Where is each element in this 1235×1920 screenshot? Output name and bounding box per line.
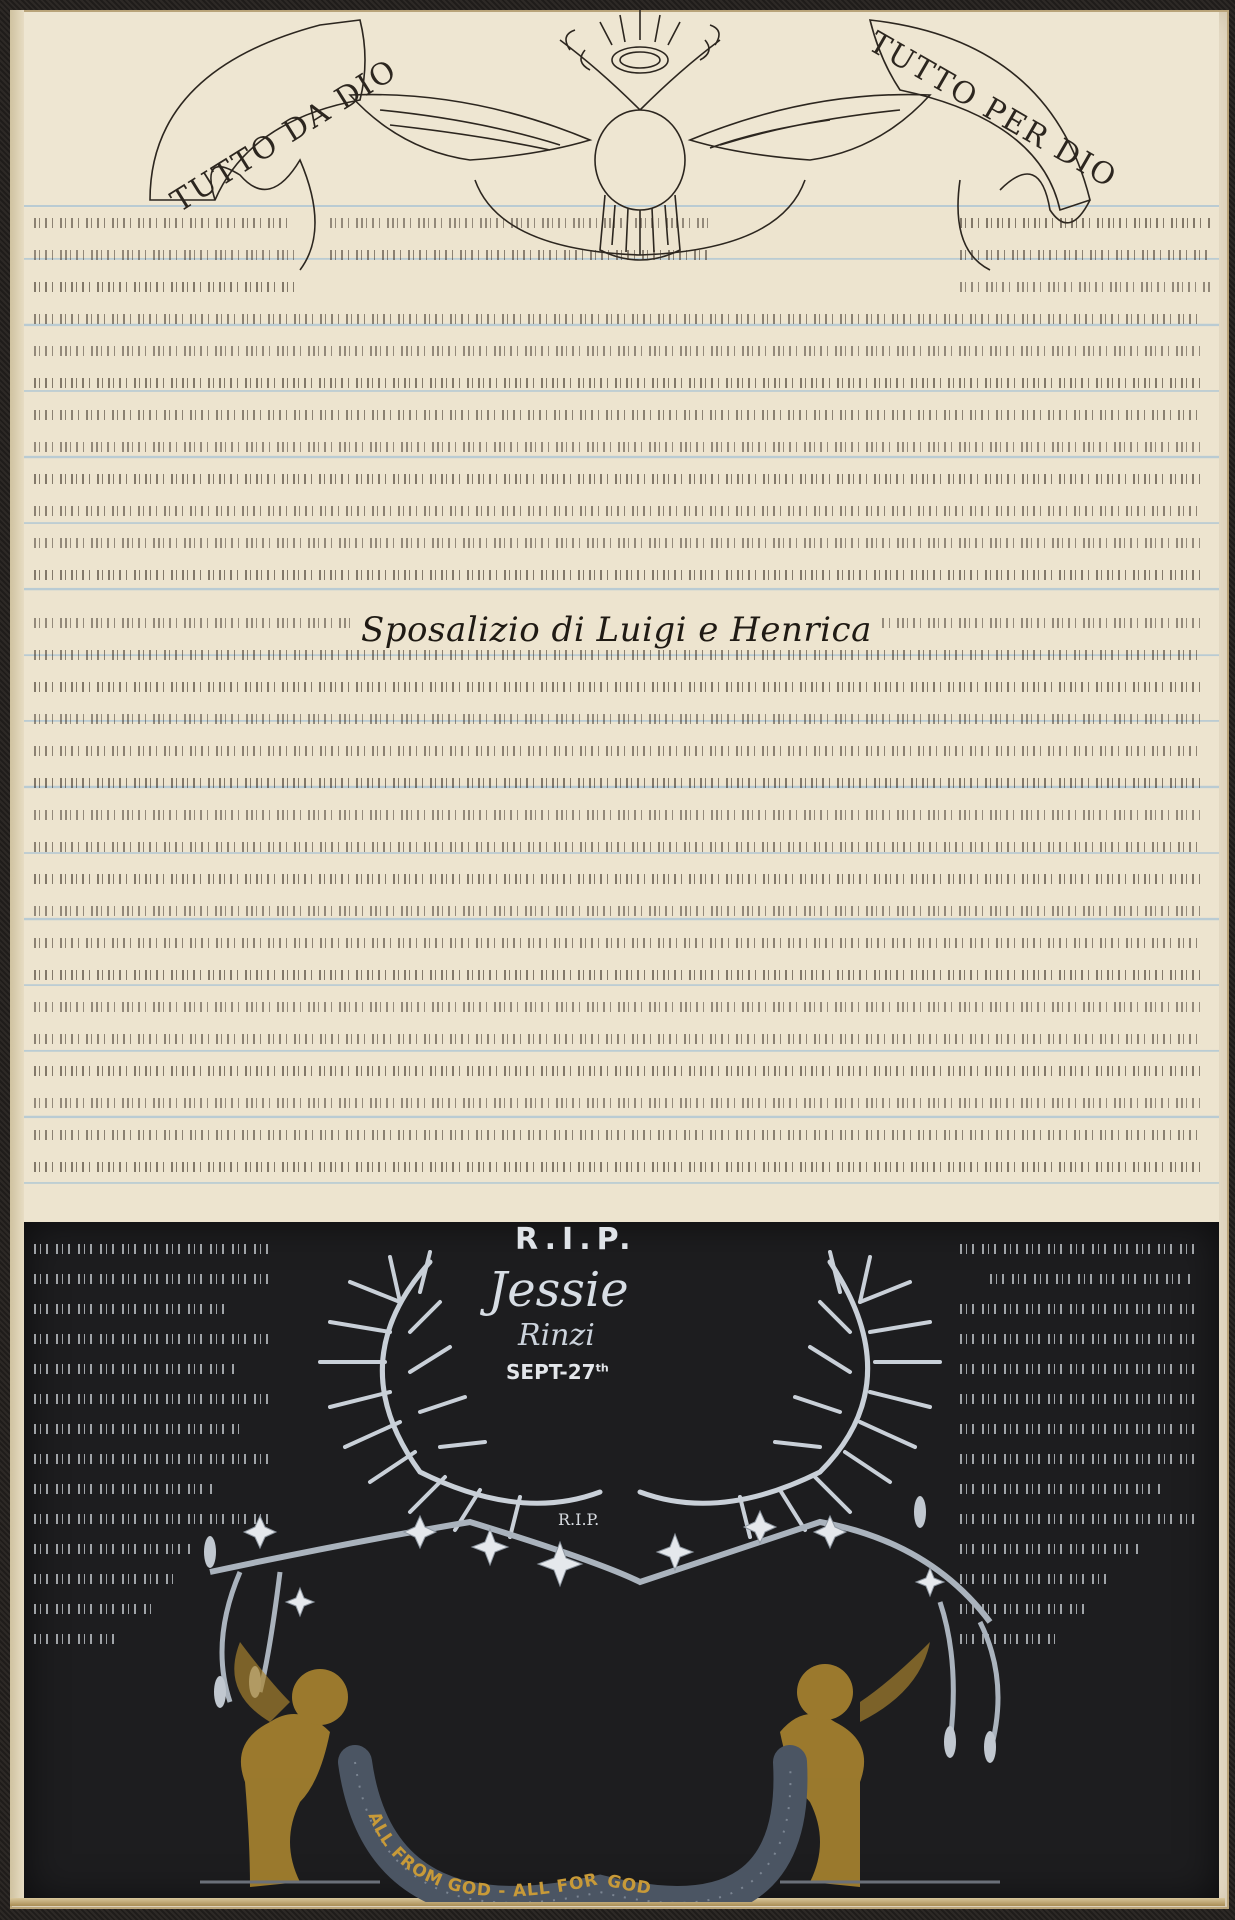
shorthand-line [34,370,1204,398]
memorial-date: SEPT-27th [506,1360,609,1384]
shorthand-line [960,210,1210,238]
shorthand-line [34,898,1204,926]
date-suffix: th [596,1361,609,1374]
shorthand-line [34,338,1204,366]
shorthand-line [330,210,710,238]
shorthand-line [34,962,1204,990]
rip-heading: R.I.P. [515,1222,637,1257]
palm-wreath-icon [320,1252,940,1537]
shorthand-line [34,242,294,270]
date-text: SEPT-27 [506,1360,596,1384]
shorthand-line [34,930,1204,958]
heading-sposalizio: Sposalizio di Luigi e Henrica [355,610,878,650]
shorthand-line [34,770,1204,798]
shorthand-line [34,1058,1204,1086]
shorthand-text-block [960,210,1210,306]
shorthand-line [34,306,1204,334]
shorthand-line [330,242,710,270]
shorthand-line [34,210,294,238]
shorthand-line [960,242,1210,270]
shorthand-line [34,866,1204,894]
shorthand-text-block [330,210,710,274]
shorthand-line [34,674,1204,702]
shorthand-text-block [34,306,1204,594]
shorthand-line [34,802,1204,830]
shorthand-line [34,1154,1204,1182]
shorthand-line [34,834,1204,862]
rip-small: R.I.P. [558,1510,599,1529]
shorthand-line [34,498,1204,526]
shorthand-line [34,434,1204,462]
shorthand-line [34,1122,1204,1150]
shorthand-line [34,466,1204,494]
shorthand-line [34,562,1204,590]
shorthand-line [960,274,1210,302]
shorthand-line [34,1026,1204,1054]
shorthand-line [34,402,1204,430]
cherub-left-icon [234,1642,348,1887]
shorthand-line [34,1090,1204,1118]
name-rinzi: Rinzi [518,1318,595,1353]
name-jessie: Jessie [488,1262,629,1318]
shorthand-line [34,274,294,302]
shorthand-line [34,706,1204,734]
shorthand-text-block [34,610,1204,1186]
memorial-artwork-icon: ALL FROM GOD - ALL FOR GOD [0,1222,1235,1902]
shorthand-line [34,994,1204,1022]
shorthand-line [34,738,1204,766]
shorthand-line [34,530,1204,558]
